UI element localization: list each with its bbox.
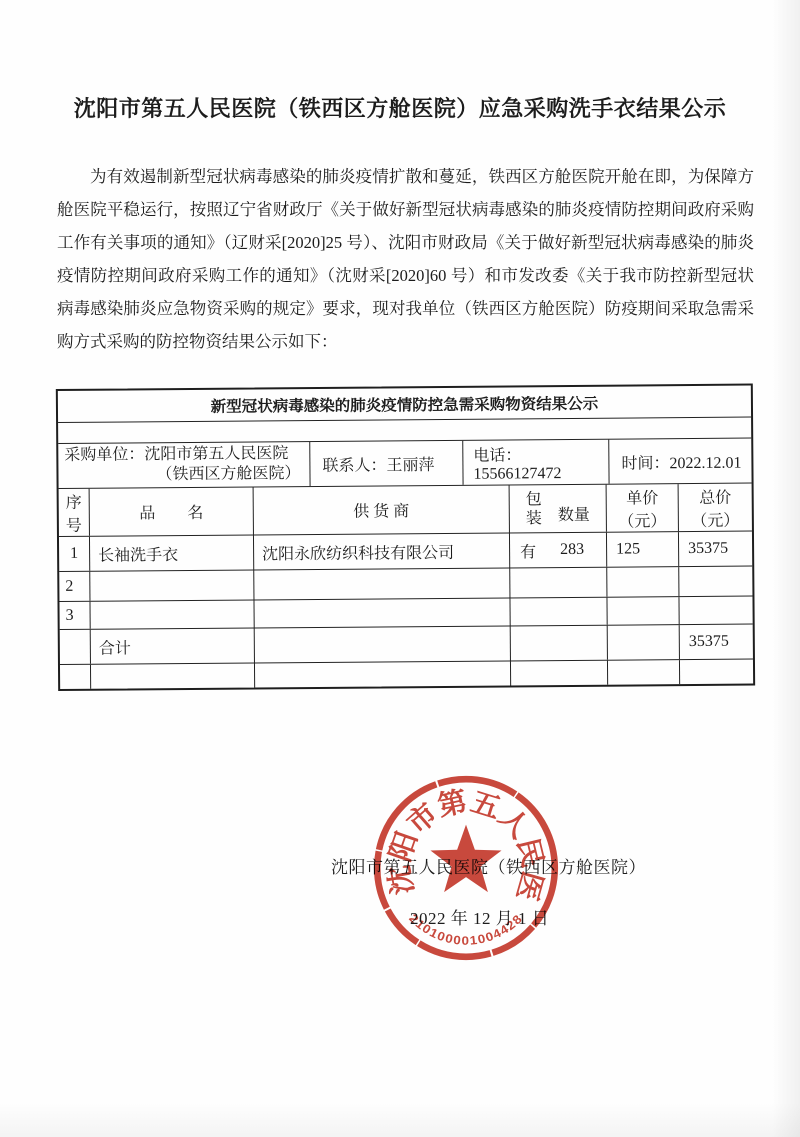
page-title: 沈阳市第五人民医院（铁西区方舱医院）应急采购洗手衣结果公示 [0,92,800,123]
stamp-star-icon [430,825,501,893]
cell-unit-price [607,567,679,597]
header-supplier: 供 货 商 [254,485,510,534]
cell-packaging-quantity: 有 283 [510,533,607,568]
cell-seq: 2 [59,572,90,601]
cell-name: 长袖洗手衣 [90,535,254,570]
purchaser-cell: 采购单位：沈阳市第五人民医院 （铁西区方舱医院） [58,442,310,488]
table-title: 新型冠状病毒感染的肺炎疫情防控急需采购物资结果公示 [58,386,751,422]
scanned-document-page: 沈阳市第五人民医院（铁西区方舱医院）应急采购洗手衣结果公示 为有效遏制新型冠状病… [0,0,800,1137]
stamp-serial-number: 210100001004428 [406,911,525,948]
header-seq: 序 号 [59,489,90,536]
cell-quantity: 283 [560,541,584,559]
cell-packaging-quantity [510,568,607,598]
table-info-row: 采购单位：沈阳市第五人民医院 （铁西区方舱医院） 联系人：王丽萍 电话：1556… [58,439,751,489]
table-header-row: 序 号 品 名 供 货 商 包 装 数量 单价 （元） 总价 （元） [59,484,752,537]
purchaser-line1: 采购单位：沈阳市第五人民医院 [64,444,288,466]
cell-total-price [679,567,752,597]
cell-packaging: 有 [520,539,536,562]
cell-unit-price [608,625,680,660]
cell-name [90,600,254,628]
contact-cell: 联系人：王丽萍 [310,441,463,486]
total-label-cell: 合计 [91,628,255,663]
table-empty-row [60,660,753,689]
cell-unit-price [607,597,679,625]
cell-seq [60,630,91,664]
cell-name [90,570,254,600]
cell-unit-price: 125 [607,532,679,567]
cell-total-price [679,597,752,625]
procurement-result-table: 新型冠状病毒感染的肺炎疫情防控急需采购物资结果公示 采购单位：沈阳市第五人民医院… [56,384,755,691]
phone-cell: 电话：15566127472 [463,440,609,485]
cell-packaging-quantity [510,598,607,626]
purchaser-line2: （铁西区方舱医院） [64,464,300,486]
cell-supplier [254,568,510,599]
header-packaging-quantity: 包 装 数量 [510,485,607,533]
cell-supplier [255,626,511,662]
body-paragraph: 为有效遏制新型冠状病毒感染的肺炎疫情扩散和蔓延，铁西区方舱医院开舱在即，为保障方… [57,160,754,358]
time-cell: 时间：2022.12.01 [609,439,751,484]
table-total-row: 合计 35375 [60,625,753,665]
svg-text:210100001004428: 210100001004428 [406,911,525,948]
cell-seq: 3 [59,602,90,629]
official-stamp: 沈阳市第五人民医院 210100001004428 [355,757,577,979]
header-quantity: 数量 [558,502,590,525]
cell-total-price: 35375 [679,532,752,567]
header-packaging: 包 装 [526,490,542,528]
table-row-1: 1 长袖洗手衣 沈阳永欣纺织科技有限公司 有 283 125 35375 [59,532,752,572]
cell-supplier [254,598,510,627]
cell-packaging-quantity [511,626,608,661]
header-unit-price: 单价 （元） [607,484,679,532]
header-total-price: 总价 （元） [679,484,752,532]
total-value-cell: 35375 [680,625,753,660]
cell-seq: 1 [59,537,90,571]
header-name: 品 名 [90,487,254,535]
cell-supplier: 沈阳永欣纺织科技有限公司 [254,533,510,569]
